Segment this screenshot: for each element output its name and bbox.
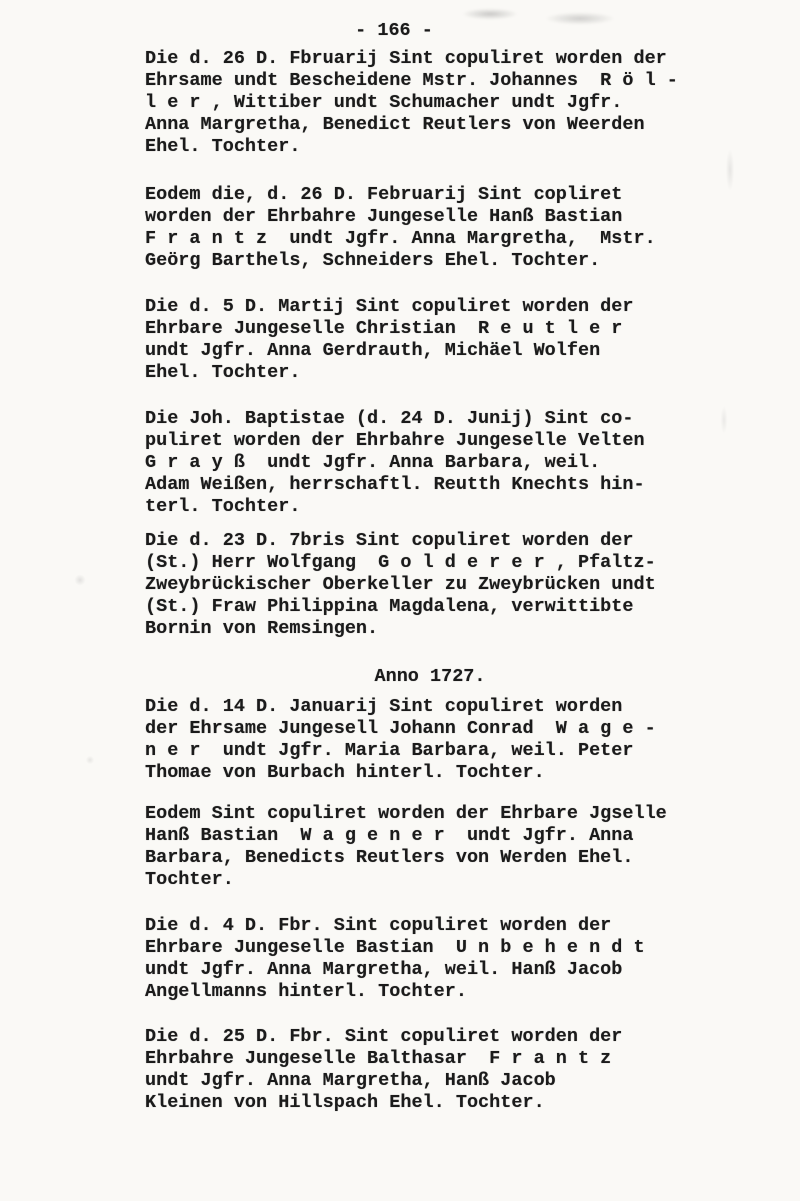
marriage-record-entry: Eodem Sint copuliret worden der Ehrbare … — [145, 803, 667, 891]
page-number: - 166 - — [0, 20, 788, 42]
marriage-record-entry: Die d. 25 D. Fbr. Sint copuliret worden … — [145, 1026, 622, 1114]
year-heading: Anno 1727. — [70, 666, 790, 688]
scanned-register-page: - 166 - Die d. 26 D. Fbruarij Sint copul… — [0, 0, 800, 1201]
marriage-record-entry: Eodem die, d. 26 D. Februarij Sint copli… — [145, 184, 656, 272]
marriage-record-entry: Die d. 5 D. Martij Sint copuliret worden… — [145, 296, 633, 384]
marriage-record-entry: Die d. 14 D. Januarij Sint copuliret wor… — [145, 696, 656, 784]
marriage-record-entry: Die d. 26 D. Fbruarij Sint copuliret wor… — [145, 48, 678, 158]
marriage-record-entry: Die d. 4 D. Fbr. Sint copuliret worden d… — [145, 915, 645, 1003]
scan-artifact — [700, 120, 760, 620]
marriage-record-entry: Die Joh. Baptistae (d. 24 D. Junij) Sint… — [145, 408, 645, 518]
marriage-record-entry: Die d. 23 D. 7bris Sint copuliret worden… — [145, 530, 656, 640]
